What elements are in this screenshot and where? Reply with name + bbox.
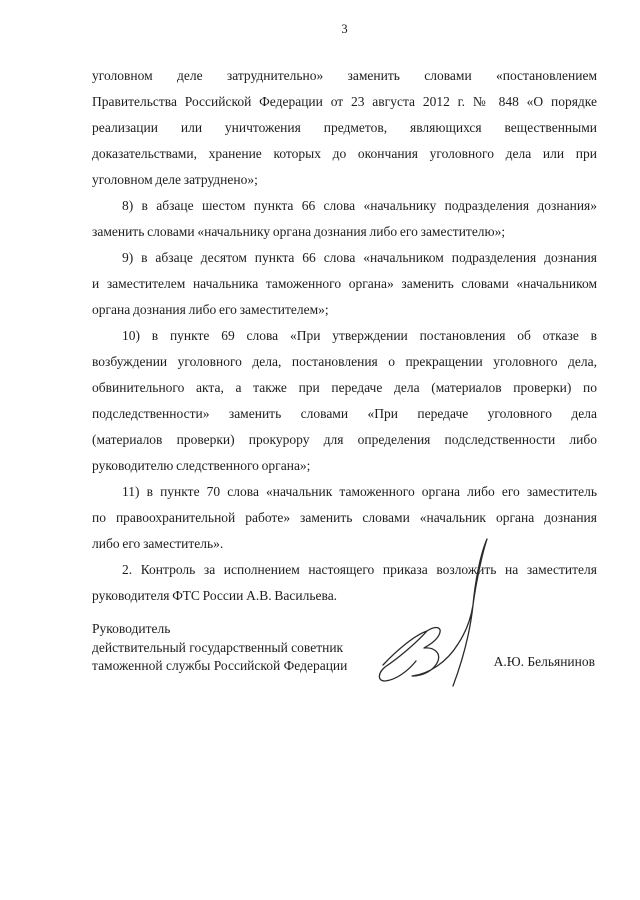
text-line: 8) в абзаце шестом пункта 66 слова «нача… xyxy=(92,193,597,219)
document-page: 3 уголовном деле затруднительно» заменит… xyxy=(0,0,640,900)
page-number: 3 xyxy=(92,22,597,37)
text-line: руководителя ФТС России А.В. Васильева. xyxy=(92,583,597,609)
signature-block: Руководитель действительный государствен… xyxy=(92,620,595,676)
text-line: доказательствами, хранение которых до ок… xyxy=(92,141,597,167)
text-line: либо его заместитель». xyxy=(92,531,597,557)
text-line: (материалов проверки) прокурору для опре… xyxy=(92,427,597,453)
text-line: 11) в пункте 70 слова «начальник таможен… xyxy=(92,479,597,505)
text-line: и заместителем начальника таможенного ор… xyxy=(92,271,597,297)
text-line: 9) в абзаце десятом пункта 66 слова «нач… xyxy=(92,245,597,271)
text-line: обвинительного акта, а также при передач… xyxy=(92,375,597,401)
text-line: по правоохранительной работе» заменить с… xyxy=(92,505,597,531)
text-line: 2. Контроль за исполнением настоящего пр… xyxy=(92,557,597,583)
text-line: реализации или уничтожения предметов, яв… xyxy=(92,115,597,141)
text-line: Правительства Российской Федерации от 23… xyxy=(92,89,597,115)
text-line: уголовном деле затруднено»; xyxy=(92,167,597,193)
document-body: уголовном деле затруднительно» заменить … xyxy=(92,63,597,609)
paragraph: 10) в пункте 69 слова «При утверждении п… xyxy=(92,323,597,479)
text-line: 10) в пункте 69 слова «При утверждении п… xyxy=(92,323,597,349)
signer-name: А.Ю. Бельянинов xyxy=(494,654,595,670)
paragraph: 2. Контроль за исполнением настоящего пр… xyxy=(92,557,597,609)
text-line: возбуждении уголовного дела, постановлен… xyxy=(92,349,597,375)
paragraph: 8) в абзаце шестом пункта 66 слова «нача… xyxy=(92,193,597,245)
signer-title-line: Руководитель xyxy=(92,620,595,639)
text-line: заменить словами «начальнику органа дозн… xyxy=(92,219,597,245)
text-line: уголовном деле затруднительно» заменить … xyxy=(92,63,597,89)
text-line: подследственности» заменить словами «При… xyxy=(92,401,597,427)
text-line: руководителю следственного органа»; xyxy=(92,453,597,479)
paragraph: 11) в пункте 70 слова «начальник таможен… xyxy=(92,479,597,557)
paragraph: уголовном деле затруднительно» заменить … xyxy=(92,63,597,193)
text-line: органа дознания либо его заместителем»; xyxy=(92,297,597,323)
paragraph: 9) в абзаце десятом пункта 66 слова «нач… xyxy=(92,245,597,323)
